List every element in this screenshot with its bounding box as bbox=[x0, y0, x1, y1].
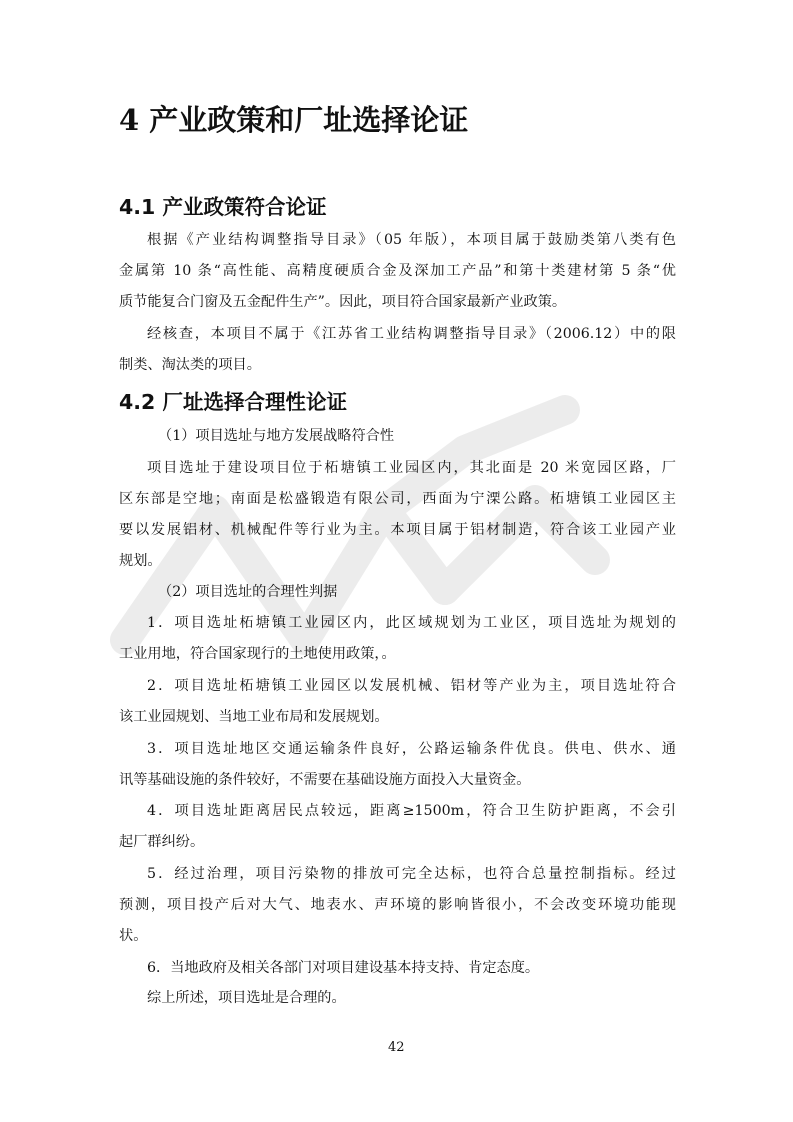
section-heading-4-1: 4.1 产业政策符合论证 bbox=[119, 190, 326, 220]
list-item-line: 讯等基础设施的条件较好，不需要在基础设施方面投入大量资金。 bbox=[119, 770, 676, 790]
list-item-line: 3．项目选址地区交通运输条件良好，公路运输条件优良。供电、供水、通 bbox=[147, 739, 676, 759]
section-heading-4-2: 4.2 厂址选择合理性论证 bbox=[119, 385, 347, 415]
list-item-line: 该工业园规划、当地工业布局和发展规划。 bbox=[119, 707, 676, 727]
paragraph-line: 制类、淘汰类的项目。 bbox=[119, 355, 676, 375]
list-item-line: 6．当地政府及相关各部门对项目建设基本持支持、肯定态度。 bbox=[147, 958, 676, 978]
paragraph-line: 金属第 10 条“高性能、高精度硬质合金及深加工产品”和第十类建材第 5 条“优 bbox=[119, 261, 676, 281]
subsection-title-2: （2）项目选址的合理性判据 bbox=[158, 582, 676, 602]
document-page: 4 产业政策和厂址选择论证 4.1 产业政策符合论证 根据《产业结构调整指导目录… bbox=[0, 0, 793, 1122]
list-item-line: 预测，项目投产后对大气、地表水、声环境的影响皆很小，不会改变环境功能现 bbox=[119, 895, 676, 915]
paragraph-line: 质节能复合门窗及五金配件生产”。因此，项目符合国家最新产业政策。 bbox=[119, 292, 676, 312]
list-item-line: 4．项目选址距离居民点较远，距离≥1500m，符合卫生防护距离，不会引 bbox=[147, 801, 676, 821]
list-item-line: 状。 bbox=[119, 926, 676, 946]
paragraph-line: 根据《产业结构调整指导目录》（05 年版），本项目属于鼓励类第八类有色 bbox=[147, 230, 676, 250]
list-item-line: 2．项目选址柘塘镇工业园区以发展机械、铝材等产业为主，项目选址符合 bbox=[147, 676, 676, 696]
list-item-line: 5．经过治理，项目污染物的排放可完全达标，也符合总量控制指标。经过 bbox=[147, 864, 676, 884]
paragraph-line: 区东部是空地；南面是松盛锻造有限公司，西面为宁溧公路。柘塘镇工业园区主 bbox=[119, 489, 676, 509]
list-item-line: 1．项目选址柘塘镇工业园区内，此区域规划为工业区，项目选址为规划的 bbox=[147, 613, 676, 633]
list-item-line: 工业用地，符合国家现行的土地使用政策，。 bbox=[119, 644, 676, 664]
conclusion-line: 综上所述，项目选址是合理的。 bbox=[147, 988, 676, 1008]
subsection-title-1: （1）项目选址与地方发展战略符合性 bbox=[158, 426, 676, 446]
page-number: 42 bbox=[388, 1040, 405, 1055]
paragraph-line: 经核查，本项目不属于《江苏省工业结构调整指导目录》（2006.12）中的限 bbox=[147, 324, 676, 344]
paragraph-line: 项目选址于建设项目位于柘塘镇工业园区内，其北面是 20 米宽园区路，厂 bbox=[147, 458, 676, 478]
paragraph-line: 要以发展铝材、机械配件等行业为主。本项目属于铝材制造，符合该工业园产业 bbox=[119, 520, 676, 540]
paragraph-line: 规划。 bbox=[119, 551, 676, 571]
chapter-title: 4 产业政策和厂址选择论证 bbox=[119, 98, 468, 139]
list-item-line: 起厂群纠纷。 bbox=[119, 832, 676, 852]
